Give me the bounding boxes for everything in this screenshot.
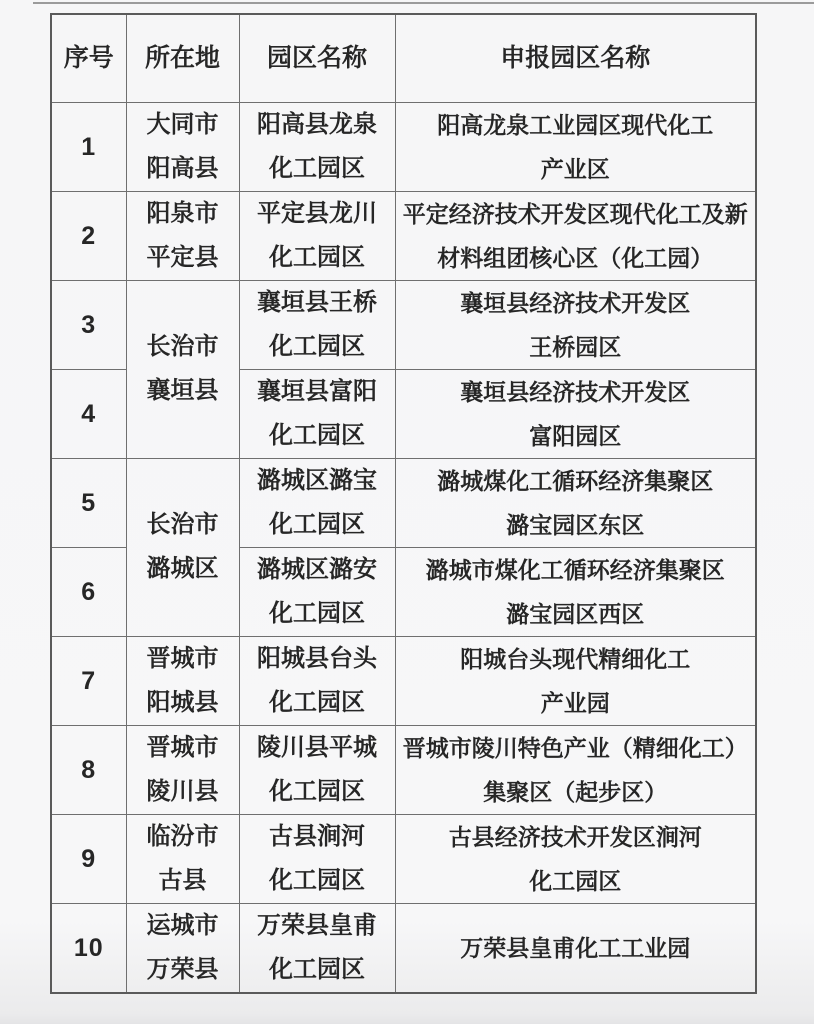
declared-name-cell: 晋城市陵川特色产业（精细化工） 集聚区（起步区） <box>395 725 756 814</box>
location-cell-merged: 长治市 襄垣县 <box>126 280 239 458</box>
header-park-name: 园区名称 <box>239 14 395 102</box>
declared-name-cell: 阳高龙泉工业园区现代化工 产业区 <box>395 102 756 191</box>
declared-name-cell: 阳城台头现代精细化工 产业园 <box>395 636 756 725</box>
row-number-cell: 8 <box>51 725 126 814</box>
table-row: 5 长治市 潞城区 潞城区潞宝 化工园区 潞城煤化工循环经济集聚区 潞宝园区东区 <box>51 458 756 547</box>
declared-name-cell: 襄垣县经济技术开发区 王桥园区 <box>395 280 756 369</box>
table-row: 9 临汾市 古县 古县涧河 化工园区 古县经济技术开发区涧河 化工园区 <box>51 814 756 903</box>
park-name-cell: 潞城区潞安 化工园区 <box>239 547 395 636</box>
table-row: 8 晋城市 陵川县 陵川县平城 化工园区 晋城市陵川特色产业（精细化工） 集聚区… <box>51 725 756 814</box>
park-name-cell: 潞城区潞宝 化工园区 <box>239 458 395 547</box>
park-name-cell: 万荣县皇甫 化工园区 <box>239 903 395 993</box>
document-page: 序号 所在地 园区名称 申报园区名称 1 大同市 阳高县 阳高县龙泉 化工园区 … <box>0 0 814 1024</box>
row-number-cell: 10 <box>51 903 126 993</box>
table-row: 1 大同市 阳高县 阳高县龙泉 化工园区 阳高龙泉工业园区现代化工 产业区 <box>51 102 756 191</box>
header-location: 所在地 <box>126 14 239 102</box>
row-number-cell: 2 <box>51 191 126 280</box>
park-name-cell: 阳城县台头 化工园区 <box>239 636 395 725</box>
park-name-cell: 古县涧河 化工园区 <box>239 814 395 903</box>
location-cell: 大同市 阳高县 <box>126 102 239 191</box>
row-number-cell: 6 <box>51 547 126 636</box>
row-number-cell: 9 <box>51 814 126 903</box>
declared-name-cell: 古县经济技术开发区涧河 化工园区 <box>395 814 756 903</box>
table-header-row: 序号 所在地 园区名称 申报园区名称 <box>51 14 756 102</box>
location-cell: 晋城市 阳城县 <box>126 636 239 725</box>
park-name-cell: 襄垣县富阳 化工园区 <box>239 369 395 458</box>
row-number-cell: 5 <box>51 458 126 547</box>
declared-name-cell: 潞城市煤化工循环经济集聚区 潞宝园区西区 <box>395 547 756 636</box>
table-row: 3 长治市 襄垣县 襄垣县王桥 化工园区 襄垣县经济技术开发区 王桥园区 <box>51 280 756 369</box>
location-cell: 阳泉市 平定县 <box>126 191 239 280</box>
header-declared-park-name: 申报园区名称 <box>395 14 756 102</box>
row-number-cell: 7 <box>51 636 126 725</box>
declared-name-cell: 潞城煤化工循环经济集聚区 潞宝园区东区 <box>395 458 756 547</box>
table-row: 2 阳泉市 平定县 平定县龙川 化工园区 平定经济技术开发区现代化工及新 材料组… <box>51 191 756 280</box>
location-cell: 晋城市 陵川县 <box>126 725 239 814</box>
declared-name-cell: 万荣县皇甫化工工业园 <box>395 903 756 993</box>
header-serial-number: 序号 <box>51 14 126 102</box>
declared-name-cell: 襄垣县经济技术开发区 富阳园区 <box>395 369 756 458</box>
table-row: 7 晋城市 阳城县 阳城县台头 化工园区 阳城台头现代精细化工 产业园 <box>51 636 756 725</box>
location-cell: 运城市 万荣县 <box>126 903 239 993</box>
park-name-cell: 陵川县平城 化工园区 <box>239 725 395 814</box>
row-number-cell: 1 <box>51 102 126 191</box>
park-name-cell: 襄垣县王桥 化工园区 <box>239 280 395 369</box>
table-row: 10 运城市 万荣县 万荣县皇甫 化工园区 万荣县皇甫化工工业园 <box>51 903 756 993</box>
declared-name-cell: 平定经济技术开发区现代化工及新 材料组团核心区（化工园） <box>395 191 756 280</box>
park-name-cell: 平定县龙川 化工园区 <box>239 191 395 280</box>
location-cell-merged: 长治市 潞城区 <box>126 458 239 636</box>
location-cell: 临汾市 古县 <box>126 814 239 903</box>
top-edge-rule <box>33 2 814 4</box>
chemical-parks-table: 序号 所在地 园区名称 申报园区名称 1 大同市 阳高县 阳高县龙泉 化工园区 … <box>50 13 757 994</box>
park-name-cell: 阳高县龙泉 化工园区 <box>239 102 395 191</box>
row-number-cell: 4 <box>51 369 126 458</box>
row-number-cell: 3 <box>51 280 126 369</box>
